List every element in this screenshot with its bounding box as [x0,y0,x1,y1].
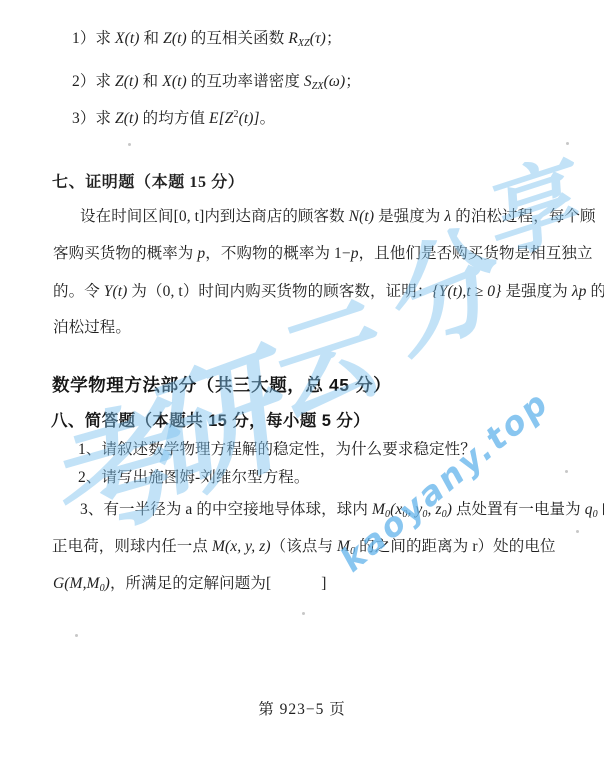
math-physics-part-heading: 数学物理方法部分（共三大题，总 45 分） [52,374,391,398]
scan-speck [302,612,305,615]
section8-q3-line3: G(M,M0)，所满足的定解问题为[] [53,574,326,596]
scan-speck [576,530,579,533]
section7-paragraph-line1: 设在时间区间[0, t]内到达商店的顾客数 N(t) 是强度为 λ 的泊松过程，… [80,207,596,228]
question6-item-2: 2）求 Z(t) 和 X(t) 的互功率谱密度 SZX(ω)； [72,72,361,94]
section8-q3-line2: 正电荷，则球内任一点 M(x, y, z)（该点与 M0 的之间的距离为 r）处… [52,537,556,559]
section7-paragraph-line2: 客购买货物的概率为 p，不购物的概率为 1−p，且他们是否购买货物是相互独立 [53,244,593,265]
section8-q2: 2、请写出施图姆-刘维尔型方程。 [78,468,310,489]
page-number: 第 923−5 页 [0,697,604,719]
scan-speck [75,634,78,637]
question6-item-1: 1）求 X(t) 和 Z(t) 的互相关函数 RXZ(τ)； [72,29,342,51]
exam-paper-page: 1）求 X(t) 和 Z(t) 的互相关函数 RXZ(τ)； 2）求 Z(t) … [0,0,604,758]
scan-speck [128,143,131,146]
section7-paragraph-line3: 的。令 Y(t) 为（0, t）时间内购买货物的顾客数，证明：{Y(t),t ≥… [53,282,604,303]
scan-speck [566,142,569,145]
scan-speck [565,470,568,473]
section8-q3-line1: 3、有一半径为 a 的中空接地导体球，球内 M0(x0, y0, z0) 点处置… [80,500,604,522]
section7-heading: 七、证明题（本题 15 分） [52,172,244,194]
question6-item-3: 3）求 Z(t) 的均方值 E[Z2(t)]。 [72,108,275,130]
section7-paragraph-line4: 泊松过程。 [53,318,131,339]
section8-heading: 八、简答题（本题共 15 分，每小题 5 分） [51,410,370,432]
section8-q1: 1、请叙述数学物理方程解的稳定性，为什么要求稳定性？ [78,440,476,461]
